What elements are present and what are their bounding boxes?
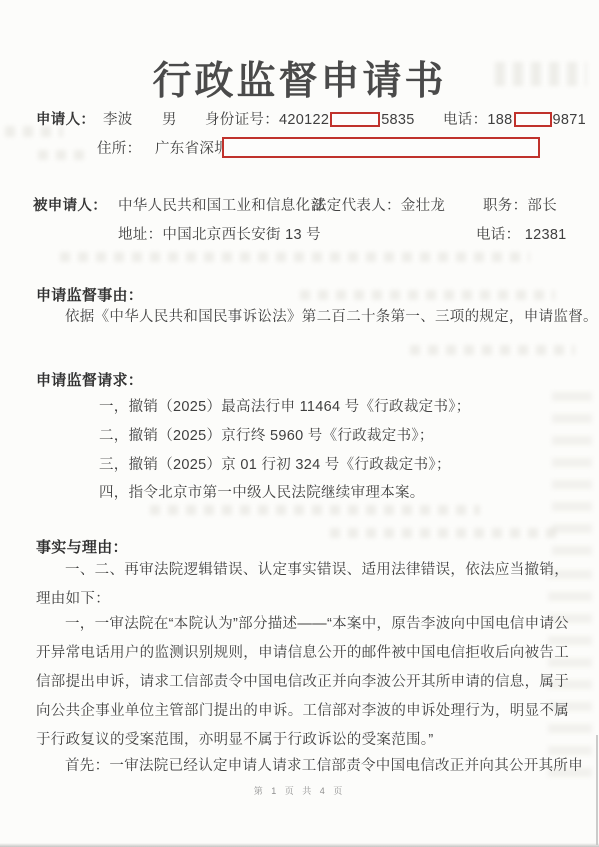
scan-edge-artifact	[0, 843, 599, 847]
applicant-address-row: 住所： 广东省深圳市	[0, 137, 599, 159]
address-label: 住所：	[97, 137, 141, 158]
bleed-through-artifact	[60, 252, 530, 262]
bleed-through-artifact	[330, 528, 560, 538]
id-prefix: 420122	[279, 112, 329, 128]
applicant-name: 李波	[103, 108, 133, 129]
applicant-gender: 男	[162, 108, 177, 129]
bleed-through-artifact	[300, 290, 555, 300]
id-suffix: 5835	[381, 112, 414, 128]
respondent-legal-rep: 法定代表人：金壮龙	[312, 194, 445, 215]
applicant-phone-group: 电话：1889871	[443, 108, 586, 129]
respondent-address: 地址：中国北京西长安街 13 号	[118, 223, 321, 244]
respondent-address-row: 地址：中国北京西长安街 13 号 电话： 12381	[0, 223, 599, 245]
redaction-box-phone	[514, 112, 552, 127]
respondent-label: 被申请人：	[33, 194, 107, 215]
phone-label: 电话：	[443, 112, 487, 128]
applicant-label: 申请人：	[36, 108, 95, 129]
request-item: 四，指令北京市第一中级人民法院继续审理本案。	[99, 481, 425, 502]
cause-heading: 申请监督事由：	[36, 284, 143, 305]
respondent-phone: 电话： 12381	[476, 223, 567, 244]
applicant-id-group: 身份证号：4201225835	[205, 108, 415, 129]
request-item: 一，撤销（2025）最高法行申 11464 号《行政裁定书》；	[99, 395, 471, 416]
respondent-position: 职务：部长	[483, 194, 557, 215]
phone-suffix: 9871	[553, 112, 586, 128]
request-item: 三，撤销（2025）京 01 行初 324 号《行政裁定书》；	[99, 453, 451, 474]
facts-summary-paragraph: 一、二、再审法院逻辑错误、认定事实错误、适用法律错误，依法应当撤销，理由如下：	[36, 556, 569, 614]
redaction-box-address	[222, 137, 540, 158]
scanned-document-page: 行政监督申请书 申请人： 李波 男 身份证号：4201225835 电话：188…	[0, 0, 599, 847]
respondent-row: 被申请人： 中华人民共和国工业和信息化部 法定代表人：金壮龙 职务：部长	[0, 194, 599, 216]
scan-edge-artifact	[596, 735, 598, 845]
request-item: 二，撤销（2025）京行终 5960 号《行政裁定书》；	[99, 424, 434, 445]
redaction-box-id	[330, 112, 380, 127]
phone-prefix: 188	[487, 112, 512, 128]
requests-heading: 申请监督请求：	[36, 369, 143, 390]
facts-heading: 事实与理由：	[36, 536, 128, 557]
bleed-through-artifact	[150, 505, 480, 515]
document-title: 行政监督申请书	[0, 50, 599, 106]
page-number-footer: 第 1 页 共 4 页	[0, 784, 599, 797]
applicant-row: 申请人： 李波 男 身份证号：4201225835 电话：1889871	[0, 108, 599, 130]
bleed-through-artifact	[552, 392, 592, 562]
respondent-name: 中华人民共和国工业和信息化部	[118, 194, 325, 215]
facts-firstly-paragraph: 首先：一审法院已经认定申请人请求工信部责令中国电信改正并向其公开其所申	[36, 752, 583, 781]
facts-first-court-paragraph: 一，一审法院在“本院认为”部分描述——“本案中，原告李波向中国电信申请公开异常电…	[36, 610, 569, 755]
id-label: 身份证号：	[205, 112, 279, 128]
bleed-through-artifact	[410, 345, 575, 355]
cause-body: 依据《中华人民共和国民事诉讼法》第二百二十条第一、三项的规定，申请监督。	[36, 303, 598, 332]
